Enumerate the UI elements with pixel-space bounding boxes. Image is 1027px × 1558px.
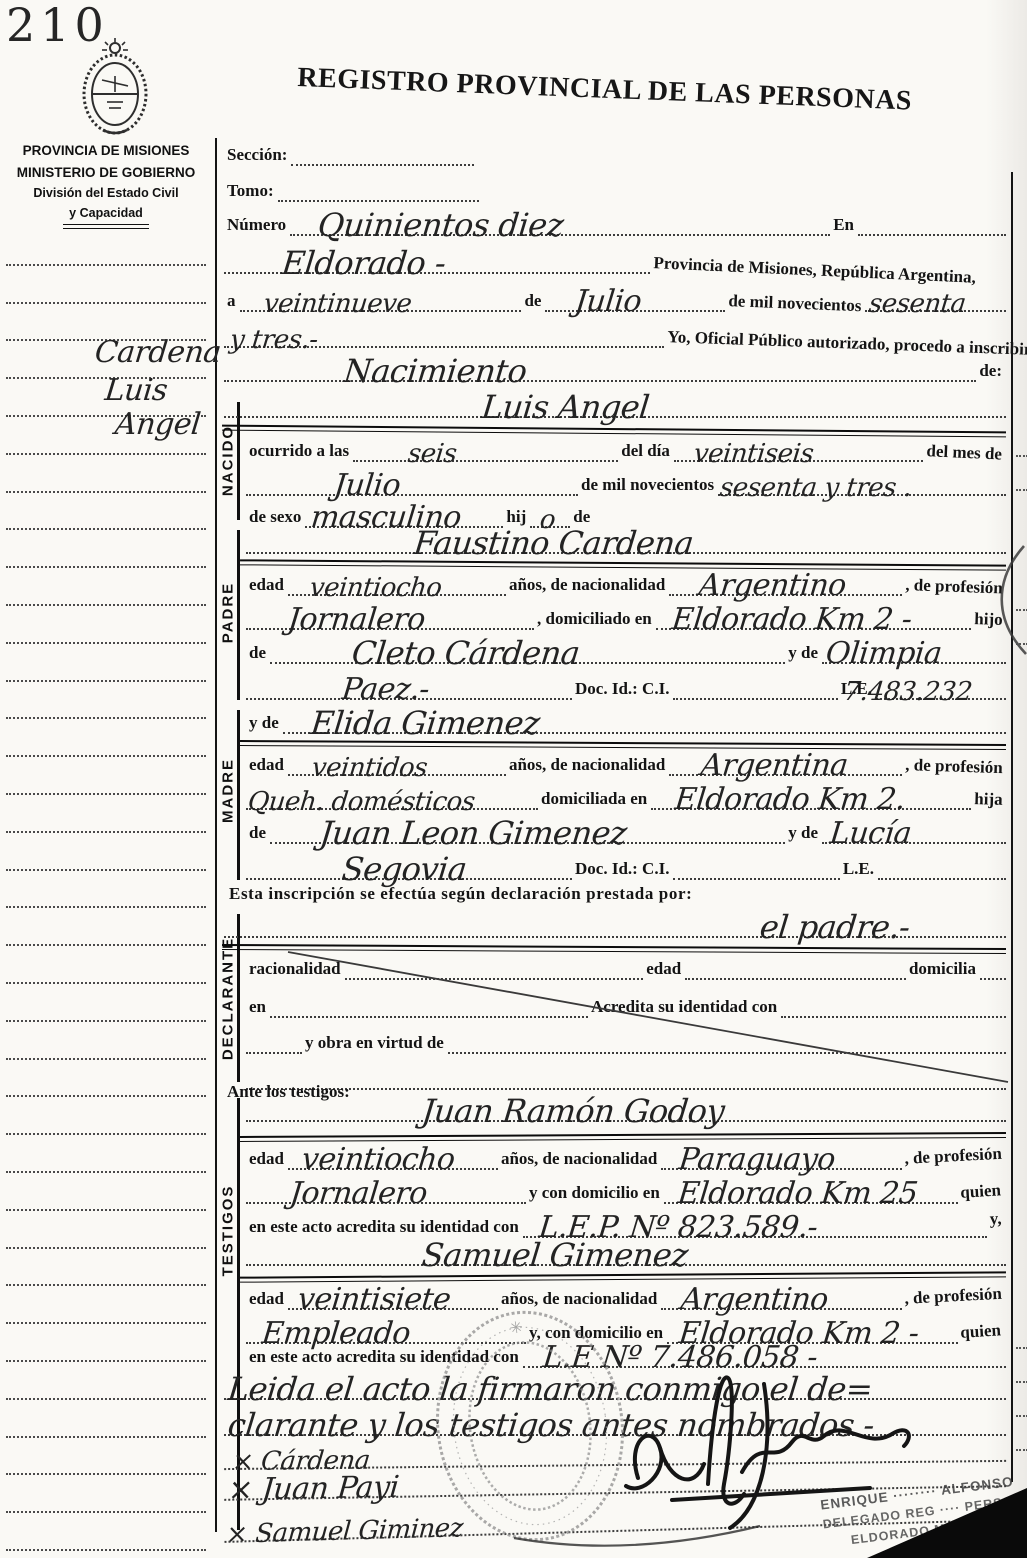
en-field bbox=[858, 208, 1006, 236]
padre-nombre-field: Faustino Cardena bbox=[246, 526, 1006, 554]
section-bar-madre bbox=[237, 710, 240, 880]
madre-domicilio-value: Eldorado Km 2. bbox=[674, 785, 907, 815]
anio-field: sesenta bbox=[865, 284, 1006, 312]
testigo1-edad-field: veintiocho bbox=[288, 1142, 498, 1170]
abuelo-paterno-value: Cleto Cárdena bbox=[350, 637, 581, 669]
testigo1-domicilio-label: y con domicilio en bbox=[526, 1183, 664, 1204]
madre-domicilio-field: Eldorado Km 2. bbox=[651, 782, 970, 810]
madre-le-label: L.E. bbox=[840, 859, 878, 880]
tomo-label: Tomo: bbox=[224, 181, 278, 202]
abuela-materna-field2: Segovia bbox=[246, 852, 572, 880]
testigo1-nacionalidad-field: Paraguayo bbox=[661, 1142, 901, 1170]
form-right-border bbox=[1011, 172, 1013, 1482]
padre-doc-label: Doc. Id.: C.I. bbox=[572, 679, 673, 700]
padre-nacionalidad-value: Argentino bbox=[698, 571, 848, 601]
abuela-materna-value2: Segovia bbox=[340, 853, 468, 885]
testigo2-edad-label: edad bbox=[246, 1289, 288, 1310]
abuelo-paterno-field: Cleto Cárdena bbox=[270, 636, 785, 664]
madre-doc-label: Doc. Id.: C.I. bbox=[572, 859, 673, 880]
madre-profesion-label: , de profesión bbox=[902, 755, 1007, 779]
edge-dot-fragment bbox=[1016, 486, 1027, 491]
padre-profesion-value: Jornalero bbox=[286, 605, 426, 635]
nacido-dia-value: veintiseis bbox=[693, 441, 815, 467]
nacido-dia-field: veintiseis bbox=[674, 434, 924, 462]
madre-profesion-value: Queh. domésticos bbox=[247, 789, 476, 815]
testigo1-profesion-label: , de profesión bbox=[900, 1144, 1005, 1170]
abuela-paterna-field: Olimpia bbox=[822, 636, 1006, 664]
testigo2-edad-row: edad veintisiete años, de nacionalidad A… bbox=[246, 1284, 1006, 1310]
padre-de-label: de bbox=[246, 643, 270, 664]
mes-field: Julio bbox=[545, 284, 724, 312]
testigo2-nacionalidad-value: Argentino bbox=[680, 1285, 830, 1315]
abuela-materna-value: Lucía bbox=[828, 819, 912, 849]
edge-dot-fragment bbox=[1016, 1412, 1027, 1417]
testigo1-y-label: y, bbox=[987, 1209, 1007, 1230]
testigo1-nacionalidad-value: Paraguayo bbox=[678, 1145, 837, 1175]
dia-value: veintinueve bbox=[262, 291, 412, 317]
section-label-madre: MADRE bbox=[220, 721, 237, 861]
edge-dot-fragment bbox=[1016, 452, 1027, 457]
firma2-value: × Juan Payi bbox=[227, 1473, 400, 1506]
testigo1-nacionalidad-label: años, de nacionalidad bbox=[498, 1149, 661, 1170]
madre-domicilio-row: Queh. domésticos domiciliada en Eldorado… bbox=[246, 784, 1006, 810]
numero-row: Número Quinientos diez En bbox=[224, 210, 1006, 236]
testigo1-nombre-field: Juan Ramón Godoy bbox=[246, 1094, 1006, 1122]
de-final-label: de: bbox=[976, 361, 1006, 382]
padre-y-de-label: y de bbox=[785, 643, 822, 664]
sexo-label: de sexo bbox=[246, 507, 305, 528]
section-label-testigos: TESTIGOS bbox=[220, 1161, 237, 1301]
declarante-por-row: el padre.- bbox=[224, 912, 1006, 938]
padre-le-field: 7.483.232 bbox=[876, 672, 1006, 700]
madre-edad-field: veintidos bbox=[288, 748, 506, 776]
mes-value: Julio bbox=[574, 287, 643, 317]
lugar-field: Eldorado - bbox=[224, 246, 650, 274]
abuela-materna-field: Lucía bbox=[822, 816, 1006, 844]
madre-domicilio-label: domiciliada en bbox=[538, 789, 651, 810]
edge-dot-fragment bbox=[1016, 1446, 1027, 1451]
padre-profesion-field: Jornalero bbox=[246, 602, 534, 630]
declarante-por-field: el padre.- bbox=[224, 910, 1006, 938]
padre-nacionalidad-field: Argentino bbox=[669, 568, 901, 596]
margin-ruled-line bbox=[6, 266, 206, 304]
abuela-paterna-value: Olimpia bbox=[824, 639, 943, 669]
declaracion-intro: Esta inscripción se efectúa según declar… bbox=[226, 884, 696, 905]
agency-line-capacity: y Capacidad bbox=[0, 203, 212, 223]
seccion-label: Sección: bbox=[224, 145, 291, 166]
testigo1-acredita-label: en este acto acredita su identidad con bbox=[246, 1217, 523, 1238]
nacido-nombre-row: Luis Angel bbox=[224, 392, 1006, 418]
testigo2-nacionalidad-field: Argentino bbox=[661, 1282, 901, 1310]
dia-field: veintinueve bbox=[240, 284, 522, 312]
madre-de-label: de bbox=[246, 823, 270, 844]
ocurrido-label: ocurrido a las bbox=[246, 441, 353, 462]
nacido-novecientos-label: de mil novecientos bbox=[578, 475, 718, 496]
agency-line-ministry: MINISTERIO DE GOBIERNO bbox=[0, 162, 212, 184]
del-mes-label: del mes de bbox=[923, 441, 1006, 465]
testigo1-edad-value: veintiocho bbox=[300, 1145, 456, 1175]
testigo1-domicilio-row: Jornalero y con domicilio en Eldorado Km… bbox=[246, 1178, 1006, 1204]
abuelo-materno-field: Juan Leon Gimenez bbox=[270, 816, 785, 844]
anio-value: sesenta bbox=[868, 291, 967, 317]
padre-domicilio-row: Jornalero , domiciliado en Eldorado Km 2… bbox=[246, 604, 1006, 630]
madre-profesion-field: Queh. domésticos bbox=[246, 782, 538, 810]
testigo2-profesion-label: , de profesión bbox=[900, 1284, 1005, 1310]
declarante-strike-line bbox=[222, 938, 1012, 1088]
padre-profesion-label: , de profesión bbox=[902, 575, 1007, 599]
padre-doc-row: Paez.- Doc. Id.: C.I. L.E. 7.483.232 bbox=[246, 674, 1006, 700]
nacido-mes-row: Julio de mil novecientos sesenta y tres … bbox=[246, 470, 1006, 496]
testigo2-nombre-value: Samuel Gimenez bbox=[420, 1239, 689, 1271]
acto-field: Nacimiento bbox=[224, 354, 976, 382]
testigo2-nombre-field: Samuel Gimenez bbox=[246, 1238, 1006, 1266]
padre-le-value: 7.483.232 bbox=[843, 679, 974, 705]
madre-y-de-label2: y de bbox=[785, 823, 822, 844]
nacido-nombre-value: Luis Angel bbox=[480, 391, 650, 423]
testigo1-nombre-row: Juan Ramón Godoy bbox=[246, 1096, 1006, 1122]
nacido-anio-value: sesenta y tres . bbox=[719, 475, 913, 501]
tomo-field bbox=[278, 174, 479, 202]
edge-dot-fragment bbox=[1016, 606, 1027, 611]
padre-edad-label: edad bbox=[246, 575, 288, 596]
section-bar-nacido bbox=[237, 402, 240, 520]
lugar-row: Eldorado - Provincia de Misiones, Repúbl… bbox=[224, 248, 1006, 274]
testigo1-domicilio-field: Eldorado Km 25 bbox=[664, 1176, 959, 1204]
document-title: REGISTRO PROVINCIAL DE LAS PERSONAS bbox=[297, 62, 913, 118]
testigo2-edad-value: veintisiete bbox=[296, 1285, 451, 1315]
abuela-paterna-value2: Paez.- bbox=[340, 675, 430, 705]
madre-nacionalidad-label: años, de nacionalidad bbox=[506, 755, 669, 776]
edge-dot-fragment bbox=[1016, 1378, 1027, 1383]
margin-ruled-line bbox=[6, 228, 206, 266]
rule-testigo2 bbox=[240, 1271, 1006, 1282]
madre-doc-row: Segovia Doc. Id.: C.I. L.E. bbox=[246, 854, 1006, 880]
hora-value: seis bbox=[407, 441, 458, 467]
madre-ci-field bbox=[673, 852, 839, 880]
agency-line-division: División del Estado Civil bbox=[0, 183, 212, 203]
oficial-row: y tres.- Yo, Oficial Público autorizado,… bbox=[224, 322, 1006, 348]
madre-edad-value: veintidos bbox=[311, 755, 429, 781]
nacido-hora-row: ocurrido a las seis del día veintiseis d… bbox=[246, 436, 1006, 462]
testigo1-doc-row: en este acto acredita su identidad con L… bbox=[246, 1212, 1006, 1238]
abuelo-materno-value: Juan Leon Gimenez bbox=[318, 817, 628, 849]
edge-dot-fragment bbox=[1016, 640, 1027, 645]
madre-abuelos-row: de Juan Leon Gimenez y de Lucía bbox=[246, 818, 1006, 844]
testigo1-profesion-field: Jornalero bbox=[246, 1176, 526, 1204]
anio-value-2: y tres.- bbox=[229, 327, 319, 353]
padre-nombre-row: Faustino Cardena bbox=[246, 528, 1006, 554]
nacido-mes-field: Julio bbox=[246, 468, 578, 496]
padre-edad-field: veintiocho bbox=[288, 568, 506, 596]
madre-nacionalidad-value: Argentina bbox=[700, 751, 850, 781]
padre-nombre-value: Faustino Cardena bbox=[412, 527, 695, 559]
birth-certificate-document: 210 REGISTRO PROVINCIAL DE LAS PERSONAS … bbox=[0, 0, 1027, 1558]
coat-of-arms-icon bbox=[72, 36, 158, 138]
nacido-nombre-field: Luis Angel bbox=[224, 390, 1006, 418]
edge-dot-fragment bbox=[1016, 1344, 1027, 1349]
acto-value: Nacimiento bbox=[342, 355, 528, 387]
padre-edad-value: veintiocho bbox=[309, 575, 443, 601]
madre-edad-label: edad bbox=[246, 755, 288, 776]
novecientos-label: de mil novecientos bbox=[725, 291, 866, 317]
testigo1-domicilio-value: Eldorado Km 25 bbox=[676, 1179, 919, 1209]
testigo1-edad-label: edad bbox=[246, 1149, 288, 1170]
testigo1-nombre-value: Juan Ramón Godoy bbox=[420, 1095, 726, 1127]
hija-label: hija bbox=[971, 789, 1007, 811]
padre-domicilio-field: Eldorado Km 2 - bbox=[656, 602, 971, 630]
acto-row: Nacimiento de: bbox=[224, 356, 1006, 382]
madre-nombre-value: Elida Gimenez bbox=[309, 707, 541, 739]
testigo1-profesion-value: Jornalero bbox=[288, 1179, 428, 1209]
de-label: de bbox=[521, 291, 545, 312]
abuela-paterna-field2: Paez.- bbox=[246, 672, 572, 700]
numero-field: Quinientos diez bbox=[290, 208, 830, 236]
seccion-row: Sección: bbox=[224, 140, 474, 166]
padre-abuelos-row: de Cleto Cárdena y de Olimpia bbox=[246, 638, 1006, 664]
padre-domicilio-value: Eldorado Km 2 - bbox=[670, 605, 913, 635]
testigo2-edad-field: veintisiete bbox=[288, 1282, 498, 1310]
anio2-field: y tres.- bbox=[224, 320, 664, 348]
padre-domicilio-label: , domiciliado en bbox=[534, 609, 656, 630]
section-label-padre: PADRE bbox=[220, 543, 237, 683]
testigo1-edad-row: edad veintiocho años, de nacionalidad Pa… bbox=[246, 1144, 1006, 1170]
madre-nombre-row: y de Elida Gimenez bbox=[246, 708, 1006, 734]
seal-arc-artifact bbox=[508, 1518, 768, 1558]
numero-value: Quinientos diez bbox=[317, 209, 566, 241]
seccion-field bbox=[291, 138, 474, 166]
fecha-row: a veintinueve de Julio de mil noveciento… bbox=[224, 286, 1006, 312]
firma3-value: × Samuel Giminez bbox=[225, 1515, 464, 1548]
madre-y-de-label: y de bbox=[246, 713, 283, 734]
madre-edad-row: edad veintidos años, de nacionalidad Arg… bbox=[246, 750, 1006, 776]
testigo2-nombre-row: Samuel Gimenez bbox=[246, 1240, 1006, 1266]
padre-nacionalidad-label: años, de nacionalidad bbox=[506, 575, 669, 596]
nacido-mes-value: Julio bbox=[332, 471, 401, 501]
rule-testigo1 bbox=[240, 1132, 1006, 1142]
madre-nacionalidad-field: Argentina bbox=[669, 748, 901, 776]
padre-ci-field bbox=[673, 672, 837, 700]
agency-line-province: PROVINCIA DE MISIONES bbox=[0, 140, 212, 162]
hora-field: seis bbox=[353, 434, 618, 462]
nacido-anio-field: sesenta y tres . bbox=[718, 468, 1006, 496]
a-label: a bbox=[224, 291, 240, 312]
testigo1-quien-label: quien bbox=[957, 1181, 1006, 1204]
testigo1-doc-field: L.E.P. Nº 823.589.- bbox=[523, 1210, 987, 1238]
tomo-row: Tomo: bbox=[224, 176, 479, 202]
section-bar-padre bbox=[237, 530, 240, 700]
en-label: En bbox=[830, 215, 858, 236]
padre-edad-row: edad veintiocho años, de nacionalidad Ar… bbox=[246, 570, 1006, 596]
agency-block: PROVINCIA DE MISIONES MINISTERIO DE GOBI… bbox=[0, 140, 212, 229]
del-dia-label: del día bbox=[618, 441, 674, 462]
madre-nombre-field: Elida Gimenez bbox=[283, 706, 1006, 734]
madre-le-field bbox=[878, 852, 1006, 880]
numero-label: Número bbox=[224, 215, 290, 236]
lugar-value: Eldorado - bbox=[280, 247, 447, 279]
